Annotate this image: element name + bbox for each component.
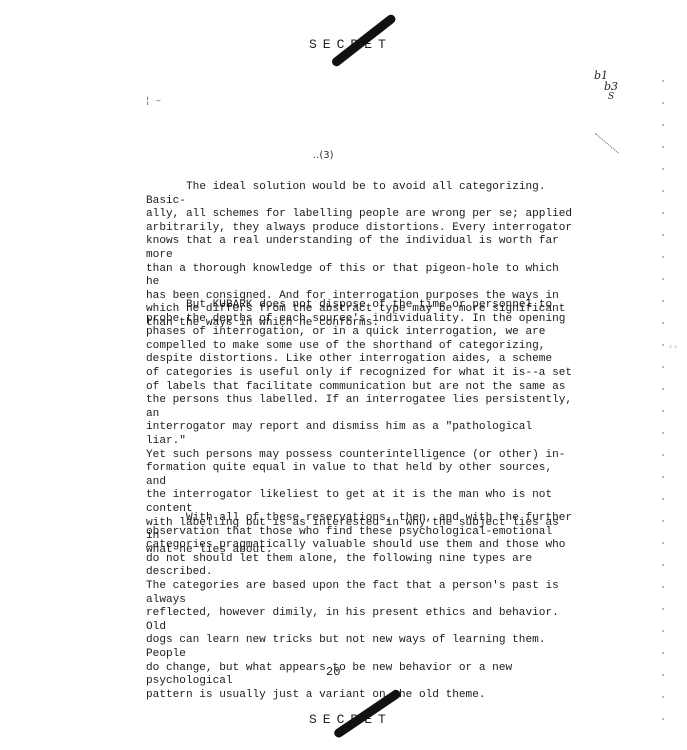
margin-mark: ¦ – bbox=[145, 96, 161, 106]
page-number: 20 bbox=[326, 665, 340, 679]
margin-stamp-icon: ⁘⁘ bbox=[668, 344, 678, 351]
section-marker: ..(3) bbox=[313, 150, 334, 161]
handwritten-note: S bbox=[608, 92, 618, 103]
paragraph: With all of these reservations, then, an… bbox=[146, 512, 576, 702]
scan-edge-artifacts bbox=[661, 70, 665, 730]
paragraph-text: With all of these reservations, then, an… bbox=[146, 512, 576, 702]
document-page: SECRET b1 b3 S ¦ – ⁘⁘ ..(3) The ideal so… bbox=[0, 0, 687, 750]
stray-mark bbox=[594, 133, 618, 154]
handwritten-annotation: b1 b3 S bbox=[594, 70, 618, 103]
handwritten-note: b3 bbox=[604, 81, 618, 92]
